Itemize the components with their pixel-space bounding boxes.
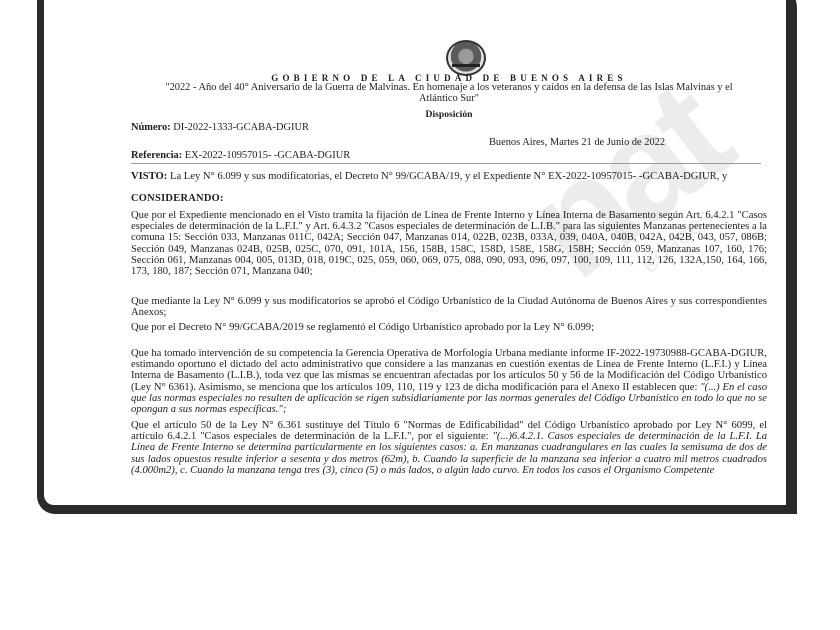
paragraph-ley-6099: Que mediante la Ley N° 6.099 y sus modif… [131, 296, 767, 318]
visto-text: La Ley N° 6.099 y sus modificatorias, el… [170, 171, 727, 182]
numero-value: DI-2022-1333-GCABA-DGIUR [173, 122, 309, 133]
document-page: nat edades GOBIERNO DE LA CIUDAD DE BUEN… [44, 0, 786, 505]
referencia-label: Referencia: [131, 150, 182, 161]
paragraph-expediente: Que por el Expediente mencionado en el V… [131, 210, 767, 277]
year-motto: "2022 - Año del 40° Aniversario de la Gu… [151, 82, 747, 104]
visto-label: VISTO: [131, 171, 167, 182]
numero-label: Número: [131, 122, 171, 133]
document-date: Buenos Aires, Martes 21 de Junio de 2022 [489, 137, 665, 148]
referencia-row: Referencia: EX-2022-10957015- -GCABA-DGI… [131, 150, 350, 161]
numero-row: Número: DI-2022-1333-GCABA-DGIUR [131, 122, 309, 133]
referencia-value: EX-2022-10957015- -GCABA-DGIUR [185, 150, 350, 161]
paragraph-articulo-50: Que el artículo 50 de la Ley N° 6.361 su… [131, 420, 767, 476]
considerando-heading: CONSIDERANDO: [131, 193, 224, 204]
paragraph-intervencion: Que ha tomado intervención de su compete… [131, 348, 767, 415]
intervencion-text: Que ha tomado intervención de su compete… [131, 348, 767, 393]
header-divider [131, 163, 761, 164]
paragraph-decreto: Que por el Decreto N° 99/GCABA/2019 se r… [131, 322, 767, 333]
document-type: Disposición [131, 109, 767, 120]
visto-paragraph: VISTO: La Ley N° 6.099 y sus modificator… [131, 171, 767, 182]
city-seal-icon [446, 40, 486, 76]
